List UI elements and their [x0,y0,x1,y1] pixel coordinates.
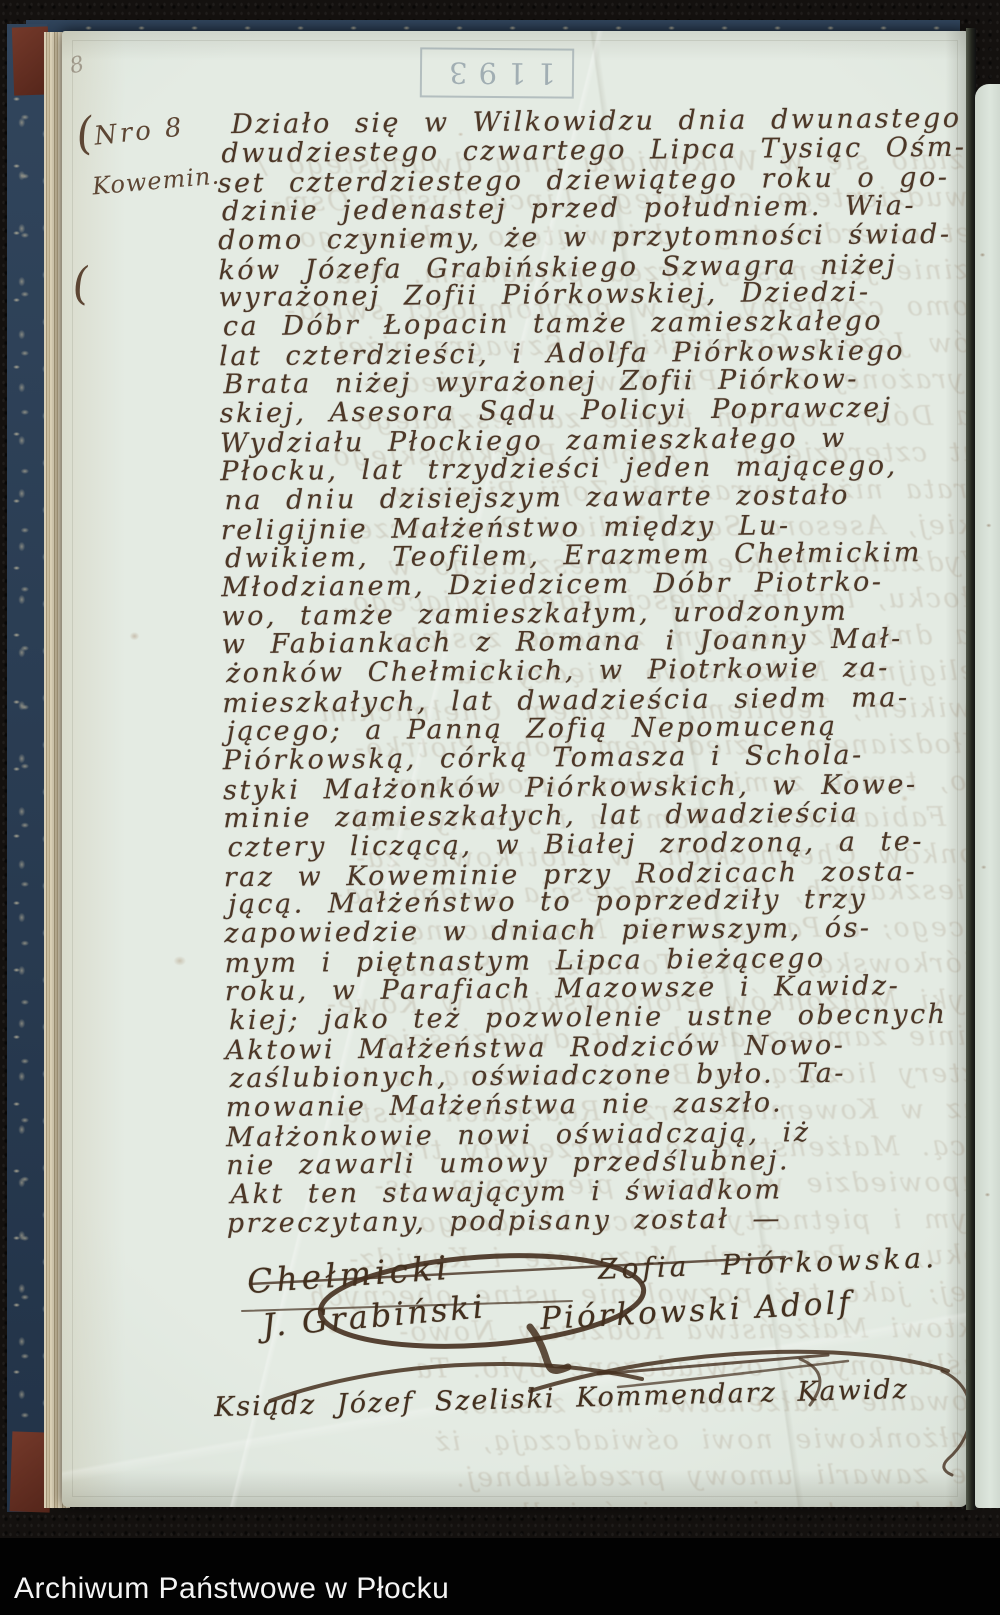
record-line: przeczytany, podpisany został — [227,1204,968,1239]
bleed-line: Akt ten stawającym i świadkom [62,1493,968,1507]
margin-act-number: Nro 8 [93,112,186,151]
margin-brace: ( [69,258,91,311]
archive-number-stamp: 1193 [420,47,574,98]
signature-bride: Zofia Piórkowska. [598,1241,939,1286]
archival-scan: Działo się w Wilkowidzu dnia dwunastego … [0,0,1000,1615]
facing-page-sliver [975,84,1000,1508]
corner-pencil-mark: 8 [68,52,87,79]
record-text: Działo się w Wilkowidzu dnia dwunastego … [217,105,968,1239]
manuscript-page: Działo się w Wilkowidzu dnia dwunastego … [62,31,968,1507]
bleed-line: nie zawarli umowy przedślubnej. [62,1457,968,1500]
margin-place-name: Kowemin. [91,161,221,200]
archive-caption: Archiwum Państwowe w Płocku [14,1572,449,1606]
signature-groom: Piórkowski Adolf [539,1285,853,1337]
bleed-line: Małżonkowie nowi oświadczają, iż [62,1420,968,1463]
signature-priest: Ksiądz Józef Szeliski Kommendarz Kawidz [214,1374,910,1423]
marbled-board-edge-left [7,24,47,1512]
stamp-number: 1193 [438,55,556,90]
archive-caption-bar: Archiwum Państwowe w Płocku [0,1538,1000,1615]
